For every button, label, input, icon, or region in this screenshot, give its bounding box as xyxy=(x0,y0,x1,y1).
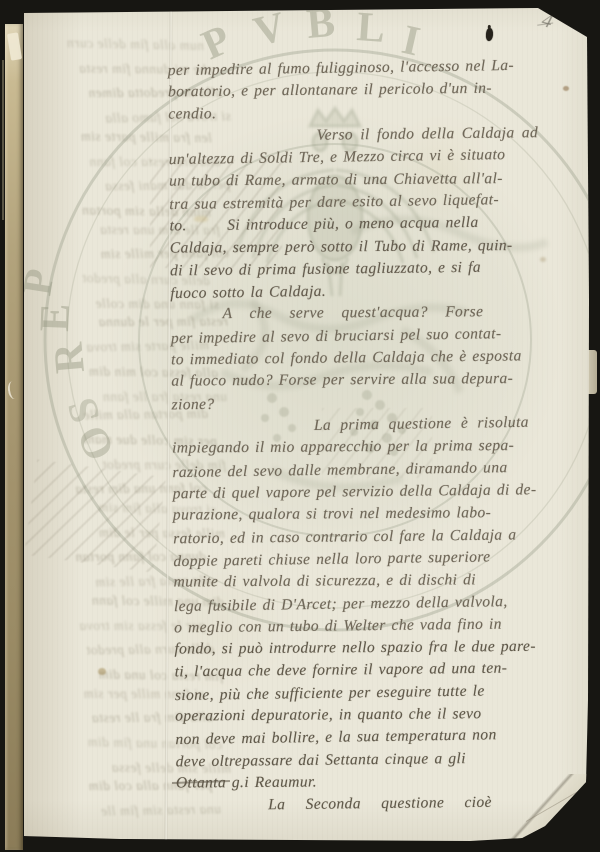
edge-highlight xyxy=(2,60,4,220)
showthrough-line: num alla fim delle curn xyxy=(16,34,204,54)
scanned-manuscript: num alla fim delle curnche mi dunna fim … xyxy=(0,0,600,852)
seal-letter: L xyxy=(355,4,386,52)
manuscript-line: purazione, qualora si trovi nel medesimo… xyxy=(173,502,589,527)
showthrough-stroke xyxy=(24,459,166,572)
showthrough-column: num alla fim delle curnche mi dunna fim … xyxy=(28,36,188,838)
foxing-spot xyxy=(563,86,569,91)
dog-ear-corner xyxy=(500,774,590,842)
foxing-spot xyxy=(194,216,208,222)
ink-blot xyxy=(485,28,493,42)
foxing-spot xyxy=(540,257,546,262)
page-number: 4 xyxy=(539,9,555,34)
manuscript-line: cendio. xyxy=(168,100,584,125)
manuscript-line: fondo, si può introdurre nello spazio fr… xyxy=(174,636,590,661)
manuscript-page: num alla fim delle curnche mi dunna fim … xyxy=(22,0,600,852)
seal-letter: B xyxy=(305,0,337,48)
seal-letter: V xyxy=(249,4,290,56)
facing-page-edge xyxy=(5,24,23,850)
handwritten-text: per impedire al fumo fuligginoso, l'acce… xyxy=(168,55,593,818)
manuscript-line: Caldaja, sempre però sotto il Tubo di Ra… xyxy=(170,234,586,259)
foxing-spot xyxy=(98,668,106,675)
manuscript-line: al fuoco nudo? Forse per servire alla su… xyxy=(171,368,587,393)
